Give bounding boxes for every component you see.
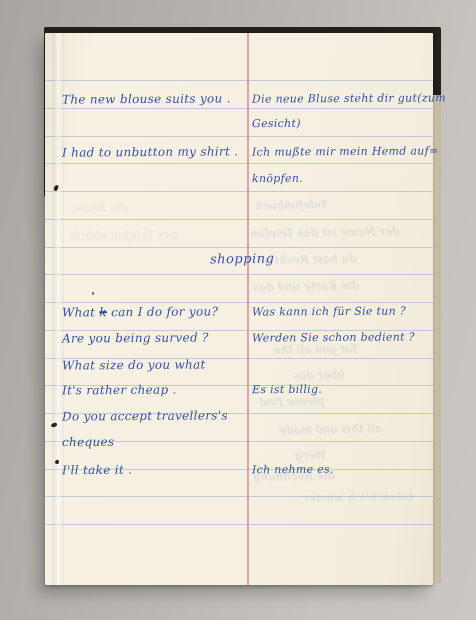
english-phrase: It's rather cheap . [62, 383, 177, 398]
ruled-line [45, 80, 433, 81]
german-phrase: Ich mußte mir mein Hemd auf= [252, 144, 439, 158]
notebook-page: Telefonbuch der Name ist das Telefon du … [45, 33, 433, 585]
english-phrase: The new blouse suits you . [62, 91, 231, 106]
ghost-bleedthrough-text: for you all the [273, 342, 357, 356]
staple-mark [51, 422, 58, 427]
ruled-line [45, 247, 433, 248]
english-phrase: Do you accept travellers's [62, 408, 228, 423]
english-phrase: cheques [62, 435, 114, 449]
ghost-bleedthrough-text: die Karte und das [253, 279, 359, 294]
german-phrase: Gesicht) [252, 117, 301, 130]
german-phrase: Es ist billig. [252, 383, 322, 396]
english-phrase: What size do you what [62, 357, 206, 372]
ghost-bleedthrough-text: Telefonbuch [255, 198, 328, 212]
english-phrase: What k can I do for you? [62, 304, 218, 319]
english-phrase: Are you being surved ? [62, 330, 209, 345]
german-phrase: Die neue Bluse steht dir gut(zum [252, 91, 446, 105]
german-phrase: Werden Sie schon bedient ? [252, 330, 415, 344]
phrase-text: can I do for you? [107, 304, 218, 319]
ruled-line [45, 136, 433, 137]
german-phrase: knöpfen. [252, 172, 303, 185]
center-margin-line [247, 33, 249, 585]
notebook-photo: Telefonbuch der Name ist das Telefon du … [0, 0, 476, 620]
staple-mark [55, 460, 59, 464]
section-heading-shopping: shopping [210, 251, 275, 267]
english-phrase: I'll take it . [62, 463, 132, 477]
ruled-line [45, 496, 433, 497]
ruled-line [45, 524, 433, 525]
ghost-bleedthrough-text: das Telefon abholt [69, 228, 179, 243]
ghost-bleedthrough-text: über das [293, 369, 345, 383]
english-phrase: I had to unbutton my shirt . [62, 144, 238, 159]
ruled-line [45, 302, 433, 303]
ghost-bleedthrough-text: please find [259, 394, 325, 408]
ghost-bleedthrough-text: der Name ist das Telefon [250, 225, 399, 241]
phrase-text: What [62, 305, 99, 319]
ink-speck [92, 292, 94, 295]
ruled-line [45, 108, 433, 109]
ghost-bleedthrough-text: Werg [295, 449, 326, 463]
ruled-line [45, 274, 433, 275]
ghost-bleedthrough-text: die Bluse [73, 201, 128, 215]
german-phrase: Ich nehme es. [252, 463, 334, 477]
german-phrase: Was kann ich für Sie tun ? [252, 304, 406, 318]
ruled-line [45, 219, 433, 220]
ghost-bleedthrough-text: all this and made [279, 422, 382, 437]
ghost-bleedthrough-text: tatsächlich wieder [303, 490, 413, 505]
ruled-line [45, 163, 433, 164]
ruled-line [45, 191, 433, 192]
strikethrough-scribble: k [99, 305, 107, 319]
